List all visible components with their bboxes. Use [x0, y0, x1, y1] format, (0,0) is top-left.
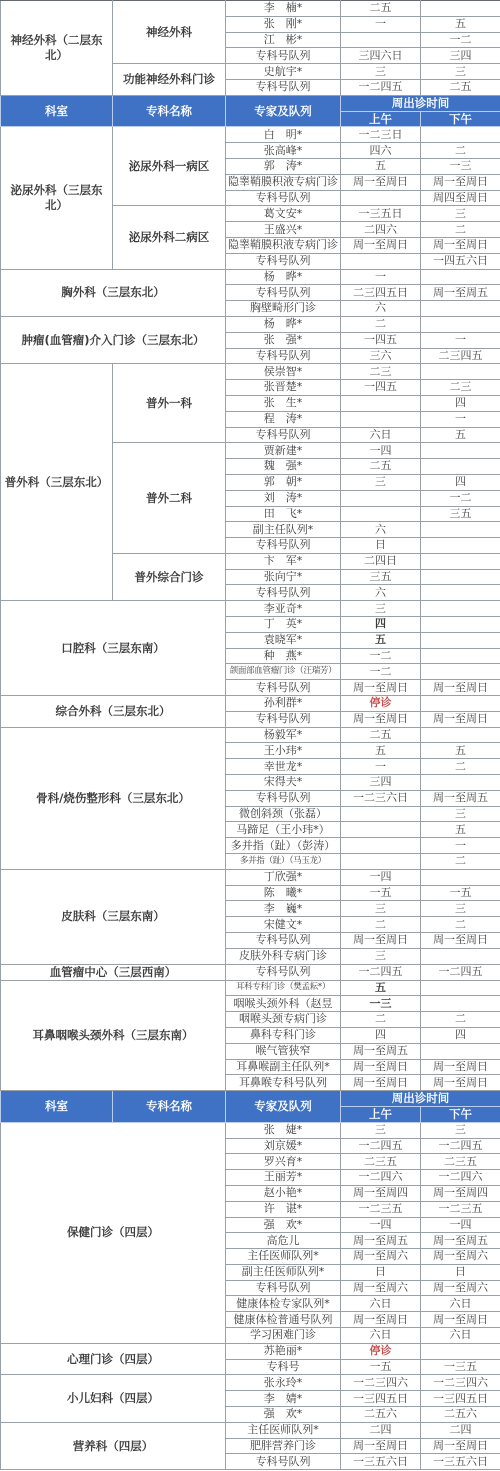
am-cell: 一二四六 — [341, 1170, 421, 1186]
pm-cell — [421, 522, 500, 538]
am-cell: 三四六日 — [341, 48, 421, 64]
pm-cell: 二三 — [421, 380, 500, 396]
am-cell: 周一至周日 — [341, 174, 421, 190]
expert-cell: 专科号队列 — [226, 348, 341, 364]
specialty-cell: 普外一科 — [113, 364, 226, 443]
pm-cell: 日 — [421, 1264, 500, 1280]
am-cell: 一二 — [341, 664, 421, 680]
am-cell: 三 — [341, 64, 421, 80]
am-cell — [341, 838, 421, 854]
expert-cell: 咽喉头颈外科（赵昱 — [226, 996, 341, 1012]
expert-cell: 田 飞* — [226, 506, 341, 522]
am-cell: 周一至周日 — [341, 933, 421, 949]
pm-cell — [421, 664, 500, 680]
header-specialty: 专科名称 — [113, 1091, 226, 1123]
expert-cell: 专科号队列 — [226, 1454, 341, 1470]
am-cell: 一 — [341, 16, 421, 32]
am-cell: 三 — [341, 474, 421, 490]
specialty-cell: 功能神经外科门诊 — [113, 64, 226, 96]
pm-cell — [421, 996, 500, 1012]
pm-cell: 二五 — [421, 79, 500, 95]
pm-cell: 周一至周日 — [421, 237, 500, 253]
expert-cell: 程 涛* — [226, 411, 341, 427]
am-cell: 一二三四六 — [341, 1375, 421, 1391]
pm-cell: 二四 — [421, 1422, 500, 1438]
specialty-cell: 普外二科 — [113, 443, 226, 554]
pm-cell: 五 — [421, 822, 500, 838]
pm-cell: 二三四五 — [421, 348, 500, 364]
pm-cell: 周一至周五 — [421, 1233, 500, 1249]
am-cell: 周一至周日 — [341, 237, 421, 253]
expert-cell: 李 楠* — [226, 1, 341, 17]
am-cell: 三 — [341, 948, 421, 964]
expert-cell: 肥胖营养门诊 — [226, 1438, 341, 1454]
am-cell — [341, 506, 421, 522]
am-cell: 一二四五 — [341, 964, 421, 980]
dept-cell: 肿瘤(血管瘤)介入门诊（三层东北） — [1, 316, 226, 363]
pm-cell: 周四至周日 — [421, 190, 500, 206]
pm-cell: 周一至周六 — [421, 1280, 500, 1296]
am-cell: 二五 — [341, 727, 421, 743]
pm-cell: 一二四五 — [421, 1138, 500, 1154]
expert-cell: 刘 涛* — [226, 490, 341, 506]
header-dept: 科室 — [1, 95, 113, 127]
am-cell: 一四 — [341, 869, 421, 885]
pm-cell — [421, 127, 500, 143]
dept-cell: 口腔科（三层东南） — [1, 601, 226, 696]
pm-cell: 一四 — [421, 1217, 500, 1233]
pm-cell — [421, 269, 500, 285]
am-cell: 停诊 — [341, 1343, 421, 1359]
expert-cell: 张 强* — [226, 332, 341, 348]
pm-cell — [421, 632, 500, 648]
pm-cell: 一二四五 — [421, 964, 500, 980]
pm-cell: 一二三五 — [421, 1201, 500, 1217]
dept-cell: 泌尿外科（三层东北） — [1, 127, 113, 269]
header-am: 上午 — [341, 1106, 421, 1122]
expert-cell: 种 燕* — [226, 648, 341, 664]
am-cell: 一四 — [341, 1217, 421, 1233]
pm-cell: 一四五六日 — [421, 253, 500, 269]
expert-cell: 史航宇* — [226, 64, 341, 80]
pm-cell: 四 — [421, 474, 500, 490]
pm-cell: 周一至周日 — [421, 1059, 500, 1075]
pm-cell: 三 — [421, 64, 500, 80]
am-cell — [341, 411, 421, 427]
dept-cell: 心理门诊（四层） — [1, 1343, 226, 1375]
pm-cell — [421, 648, 500, 664]
expert-cell: 副主任医师队列* — [226, 1264, 341, 1280]
am-cell: 日 — [341, 1264, 421, 1280]
expert-cell: 孙利群* — [226, 696, 341, 712]
expert-cell: 幸世龙* — [226, 759, 341, 775]
pm-cell: 一五 — [421, 885, 500, 901]
pm-cell: 周一至周日 — [421, 174, 500, 190]
pm-cell: 六日 — [421, 1296, 500, 1312]
expert-cell: 专科号队列 — [226, 48, 341, 64]
pm-cell: 周一至周五 — [421, 790, 500, 806]
pm-cell: 一 — [421, 332, 500, 348]
specialty-cell: 泌尿外科一病区 — [113, 127, 226, 206]
am-cell: 日 — [341, 538, 421, 554]
am-cell: 六日 — [341, 1328, 421, 1344]
am-cell: 一四 — [341, 443, 421, 459]
dept-cell: 胸外科（三层东北） — [1, 269, 226, 316]
am-cell: 四六 — [341, 143, 421, 159]
pm-cell: 三四 — [421, 48, 500, 64]
pm-cell: 二 — [421, 854, 500, 870]
header-pm: 下午 — [421, 111, 500, 127]
header-dept: 科室 — [1, 1091, 113, 1123]
pm-cell: 三 — [421, 206, 500, 222]
am-cell: 一二四五 — [341, 79, 421, 95]
expert-cell: 张 婕* — [226, 1122, 341, 1138]
expert-cell: 耳科专科门诊（樊孟耘*） — [226, 980, 341, 996]
pm-cell: 四 — [421, 395, 500, 411]
am-cell — [341, 822, 421, 838]
expert-cell: 宋得夫* — [226, 775, 341, 791]
pm-cell: 周一至周四 — [421, 1185, 500, 1201]
expert-cell: 高危儿 — [226, 1233, 341, 1249]
dept-cell: 普外科（三层东北） — [1, 364, 113, 601]
am-cell: 五 — [341, 158, 421, 174]
am-cell: 一四五 — [341, 332, 421, 348]
pm-cell: 三五 — [421, 506, 500, 522]
expert-cell: 杨毅军* — [226, 727, 341, 743]
expert-cell: 专科号队列 — [226, 790, 341, 806]
expert-cell: 隐睾鞘膜积液专病门诊 — [226, 174, 341, 190]
am-cell: 二 — [341, 917, 421, 933]
am-cell: 周一至周日 — [341, 1075, 421, 1091]
am-cell: 周一至周五 — [341, 1043, 421, 1059]
pm-cell — [421, 617, 500, 633]
clinic-schedule-table: 神经外科（二层东北）神经外科李 楠*二五张 刚*一五江 彬*一二专科号队列三四六… — [0, 0, 500, 1470]
pm-cell: 周一至周日 — [421, 680, 500, 696]
clinic-schedule: 神经外科（二层东北）神经外科李 楠*二五张 刚*一五江 彬*一二专科号队列三四六… — [0, 0, 500, 1470]
expert-cell: 专科号队列 — [226, 964, 341, 980]
am-cell: 周一至周日 — [341, 1059, 421, 1075]
am-cell: 一二四五 — [341, 1138, 421, 1154]
am-cell: 二四 — [341, 1422, 421, 1438]
pm-cell — [421, 364, 500, 380]
expert-cell: 专科号队列 — [226, 253, 341, 269]
pm-cell: 周一至周五 — [421, 285, 500, 301]
am-cell: 周一至周日 — [341, 711, 421, 727]
expert-cell: 强 欢* — [226, 1407, 341, 1423]
expert-cell: 张晋楚* — [226, 380, 341, 396]
am-cell: 一 — [341, 269, 421, 285]
am-cell: 一三五六日 — [341, 1454, 421, 1470]
am-cell: 六 — [341, 585, 421, 601]
am-cell: 三 — [341, 1122, 421, 1138]
pm-cell: 三 — [421, 901, 500, 917]
am-cell: 六日 — [341, 1296, 421, 1312]
expert-cell: 健康体检普通号队列 — [226, 1312, 341, 1328]
expert-cell: 张高峰* — [226, 143, 341, 159]
dept-cell: 皮肤科（三层东南） — [1, 869, 226, 964]
am-cell — [341, 190, 421, 206]
pm-cell: 一 — [421, 411, 500, 427]
expert-cell: 专科号 — [226, 1359, 341, 1375]
am-cell: 一三五日 — [341, 206, 421, 222]
expert-cell: 专科号队列 — [226, 538, 341, 554]
am-cell — [341, 395, 421, 411]
am-cell: 一二 — [341, 648, 421, 664]
dept-cell: 保健门诊（四层） — [1, 1122, 226, 1343]
expert-cell: 副主任队列* — [226, 522, 341, 538]
am-cell: 六 — [341, 301, 421, 317]
expert-cell: 贾新建* — [226, 443, 341, 459]
expert-cell: 丁欣强* — [226, 869, 341, 885]
header-specialty: 专科名称 — [113, 95, 226, 127]
pm-cell: 二 — [421, 222, 500, 238]
am-cell: 一五 — [341, 1359, 421, 1375]
pm-cell: 周一至周六 — [421, 1249, 500, 1265]
am-cell: 三六 — [341, 348, 421, 364]
expert-cell: 多并指（趾）（彭涛） — [226, 838, 341, 854]
pm-cell: 一 — [421, 838, 500, 854]
am-cell: 六日 — [341, 427, 421, 443]
am-cell: 五 — [341, 632, 421, 648]
expert-cell: 李亚奇* — [226, 601, 341, 617]
expert-cell: 皮肤外科专病门诊 — [226, 948, 341, 964]
expert-cell: 专科号队列 — [226, 711, 341, 727]
expert-cell: 刘京媛* — [226, 1138, 341, 1154]
pm-cell: 五 — [421, 16, 500, 32]
expert-cell: 专科号队列 — [226, 680, 341, 696]
expert-cell: 郭 朝* — [226, 474, 341, 490]
am-cell: 一 — [341, 759, 421, 775]
am-cell: 周一至周日 — [341, 1438, 421, 1454]
pm-cell — [421, 459, 500, 475]
am-cell: 二三 — [341, 364, 421, 380]
am-cell: 三 — [341, 901, 421, 917]
dept-cell: 综合外科（三层东北） — [1, 696, 226, 728]
expert-cell: 学习困难门诊 — [226, 1328, 341, 1344]
pm-cell — [421, 538, 500, 554]
am-cell: 周一至周日 — [341, 1312, 421, 1328]
am-cell: 周一至周六 — [341, 1280, 421, 1296]
expert-cell: 专科号队列 — [226, 285, 341, 301]
pm-cell: 五 — [421, 427, 500, 443]
expert-cell: 魏 强* — [226, 459, 341, 475]
expert-cell: 张 生* — [226, 395, 341, 411]
pm-cell — [421, 948, 500, 964]
am-cell: 周一至周日 — [341, 680, 421, 696]
expert-cell: 隐睾鞘膜积液专病门诊 — [226, 237, 341, 253]
am-cell: 一二三五 — [341, 1201, 421, 1217]
specialty-cell: 泌尿外科二病区 — [113, 206, 226, 269]
pm-cell: 二三五 — [421, 1154, 500, 1170]
am-cell — [341, 490, 421, 506]
header-expert: 专家及队列 — [226, 95, 341, 127]
pm-cell: 一三五 — [421, 1359, 500, 1375]
pm-cell: 一二四六 — [421, 1170, 500, 1186]
expert-cell: 王丽芳* — [226, 1170, 341, 1186]
dept-cell: 骨科/烧伤整形科（三层东北） — [1, 727, 226, 869]
expert-cell: 葛文安* — [226, 206, 341, 222]
pm-cell — [421, 1043, 500, 1059]
expert-cell: 耳鼻喉专科号队列 — [226, 1075, 341, 1091]
expert-cell: 杨 晔* — [226, 269, 341, 285]
header-time: 周出诊时间 — [341, 95, 500, 111]
am-cell — [341, 253, 421, 269]
am-cell: 二五 — [341, 459, 421, 475]
dept-cell: 神经外科（二层东北） — [1, 1, 113, 96]
expert-cell: 宋健文* — [226, 917, 341, 933]
expert-cell: 鼻科专科门诊 — [226, 1027, 341, 1043]
pm-cell: 周一至周日 — [421, 711, 500, 727]
pm-cell: 二五六 — [421, 1407, 500, 1423]
expert-cell: 许 谌* — [226, 1201, 341, 1217]
dept-cell: 耳鼻咽喉头颈外科（三层东南） — [1, 980, 226, 1091]
am-cell: 四 — [341, 1027, 421, 1043]
pm-cell: 三 — [421, 806, 500, 822]
am-cell: 四 — [341, 617, 421, 633]
pm-cell: 二 — [421, 917, 500, 933]
am-cell: 二 — [341, 1012, 421, 1028]
expert-cell: 专科号队列 — [226, 190, 341, 206]
expert-cell: 主任医师队列* — [226, 1249, 341, 1265]
pm-cell: 四 — [421, 1027, 500, 1043]
expert-cell: 白 明* — [226, 127, 341, 143]
pm-cell: 三 — [421, 1122, 500, 1138]
pm-cell — [421, 775, 500, 791]
am-cell: 三 — [341, 601, 421, 617]
am-cell: 周一至周五 — [341, 1233, 421, 1249]
am-cell: 六 — [341, 522, 421, 538]
am-cell: 二四六 — [341, 222, 421, 238]
pm-cell — [421, 553, 500, 569]
header-am: 上午 — [341, 111, 421, 127]
expert-cell: 王盛兴* — [226, 222, 341, 238]
expert-cell: 袁晓军* — [226, 632, 341, 648]
expert-cell: 专科号队列 — [226, 79, 341, 95]
schedule-body: 神经外科（二层东北）神经外科李 楠*二五张 刚*一五江 彬*一二专科号队列三四六… — [1, 1, 500, 1470]
expert-cell: 专科号队列 — [226, 933, 341, 949]
pm-cell: 一三五六日 — [421, 1454, 500, 1470]
pm-cell: 五 — [421, 743, 500, 759]
dept-cell: 血管瘤中心（三层西南） — [1, 964, 226, 980]
pm-cell: 周一至周日 — [421, 1075, 500, 1091]
am-cell: 一二三六日 — [341, 790, 421, 806]
am-cell — [341, 854, 421, 870]
pm-cell: 一三四五日 — [421, 1391, 500, 1407]
expert-cell: 江 彬* — [226, 32, 341, 48]
expert-cell: 专科号队列 — [226, 1280, 341, 1296]
expert-cell: 耳鼻喉副主任队列* — [226, 1059, 341, 1075]
pm-cell — [421, 980, 500, 996]
am-cell: 一三 — [341, 996, 421, 1012]
expert-cell: 李 巍* — [226, 901, 341, 917]
expert-cell: 卞 军* — [226, 553, 341, 569]
am-cell: 五 — [341, 980, 421, 996]
am-cell: 二五六 — [341, 1407, 421, 1423]
header-expert: 专家及队列 — [226, 1091, 341, 1123]
pm-cell — [421, 696, 500, 712]
am-cell: 周一至周四 — [341, 1185, 421, 1201]
expert-cell: 颌面部血管瘤门诊（汪瑞芳） — [226, 664, 341, 680]
am-cell: 二三五 — [341, 1154, 421, 1170]
dept-cell: 营养科（四层） — [1, 1422, 226, 1469]
expert-cell: 咽喉头颈专病门诊 — [226, 1012, 341, 1028]
pm-cell: 一三 — [421, 158, 500, 174]
pm-cell — [421, 1, 500, 17]
pm-cell — [421, 727, 500, 743]
am-cell: 停诊 — [341, 696, 421, 712]
pm-cell: 周一至周日 — [421, 1438, 500, 1454]
expert-cell: 丁 英* — [226, 617, 341, 633]
pm-cell — [421, 316, 500, 332]
specialty-cell: 普外综合门诊 — [113, 553, 226, 600]
expert-cell: 强 欢* — [226, 1217, 341, 1233]
expert-cell: 专科号队列 — [226, 585, 341, 601]
am-cell: 三四 — [341, 775, 421, 791]
pm-cell — [421, 601, 500, 617]
am-cell: 一三四五日 — [341, 1391, 421, 1407]
expert-cell: 李 婧* — [226, 1391, 341, 1407]
pm-cell — [421, 301, 500, 317]
am-cell: 二四日 — [341, 553, 421, 569]
pm-cell — [421, 443, 500, 459]
pm-cell: 二 — [421, 1012, 500, 1028]
dept-cell: 小儿妇科（四层） — [1, 1375, 226, 1422]
expert-cell: 王小玮* — [226, 743, 341, 759]
am-cell: 一五 — [341, 885, 421, 901]
expert-cell: 杨 晔* — [226, 316, 341, 332]
expert-cell: 马蹄足（王小玮*） — [226, 822, 341, 838]
expert-cell: 多并指（趾）（马玉龙） — [226, 854, 341, 870]
pm-cell: 一二 — [421, 32, 500, 48]
expert-cell: 张永玲* — [226, 1375, 341, 1391]
am-cell — [341, 32, 421, 48]
pm-cell: 周一至周日 — [421, 1312, 500, 1328]
pm-cell: 二 — [421, 143, 500, 159]
am-cell: 二三四五日 — [341, 285, 421, 301]
specialty-cell: 神经外科 — [113, 1, 226, 64]
header-time: 周出诊时间 — [341, 1091, 500, 1107]
pm-cell: 周一至周日 — [421, 933, 500, 949]
am-cell: 二五 — [341, 1, 421, 17]
am-cell: 三五 — [341, 569, 421, 585]
header-pm: 下午 — [421, 1106, 500, 1122]
pm-cell — [421, 569, 500, 585]
expert-cell: 陈 曦* — [226, 885, 341, 901]
expert-cell: 胸壁畸形门诊 — [226, 301, 341, 317]
expert-cell: 喉气管狭窄 — [226, 1043, 341, 1059]
pm-cell — [421, 585, 500, 601]
expert-cell: 罗兴育* — [226, 1154, 341, 1170]
expert-cell: 侯崇智* — [226, 364, 341, 380]
expert-cell: 张 刚* — [226, 16, 341, 32]
expert-cell: 苏艳丽* — [226, 1343, 341, 1359]
expert-cell: 赵小艳* — [226, 1185, 341, 1201]
pm-cell: 二 — [421, 759, 500, 775]
am-cell: 一四五 — [341, 380, 421, 396]
pm-cell: 六日 — [421, 1328, 500, 1344]
am-cell: 一二三日 — [341, 127, 421, 143]
am-cell: 五 — [341, 743, 421, 759]
expert-cell: 郭 涛* — [226, 158, 341, 174]
am-cell — [341, 806, 421, 822]
expert-cell: 主任医师队列* — [226, 1422, 341, 1438]
expert-cell: 专科号队列 — [226, 427, 341, 443]
pm-cell: 一二 — [421, 490, 500, 506]
expert-cell: 张向宁* — [226, 569, 341, 585]
am-cell: 二 — [341, 316, 421, 332]
expert-cell: 微创斜颈（张磊） — [226, 806, 341, 822]
pm-cell: 一二三四六 — [421, 1375, 500, 1391]
